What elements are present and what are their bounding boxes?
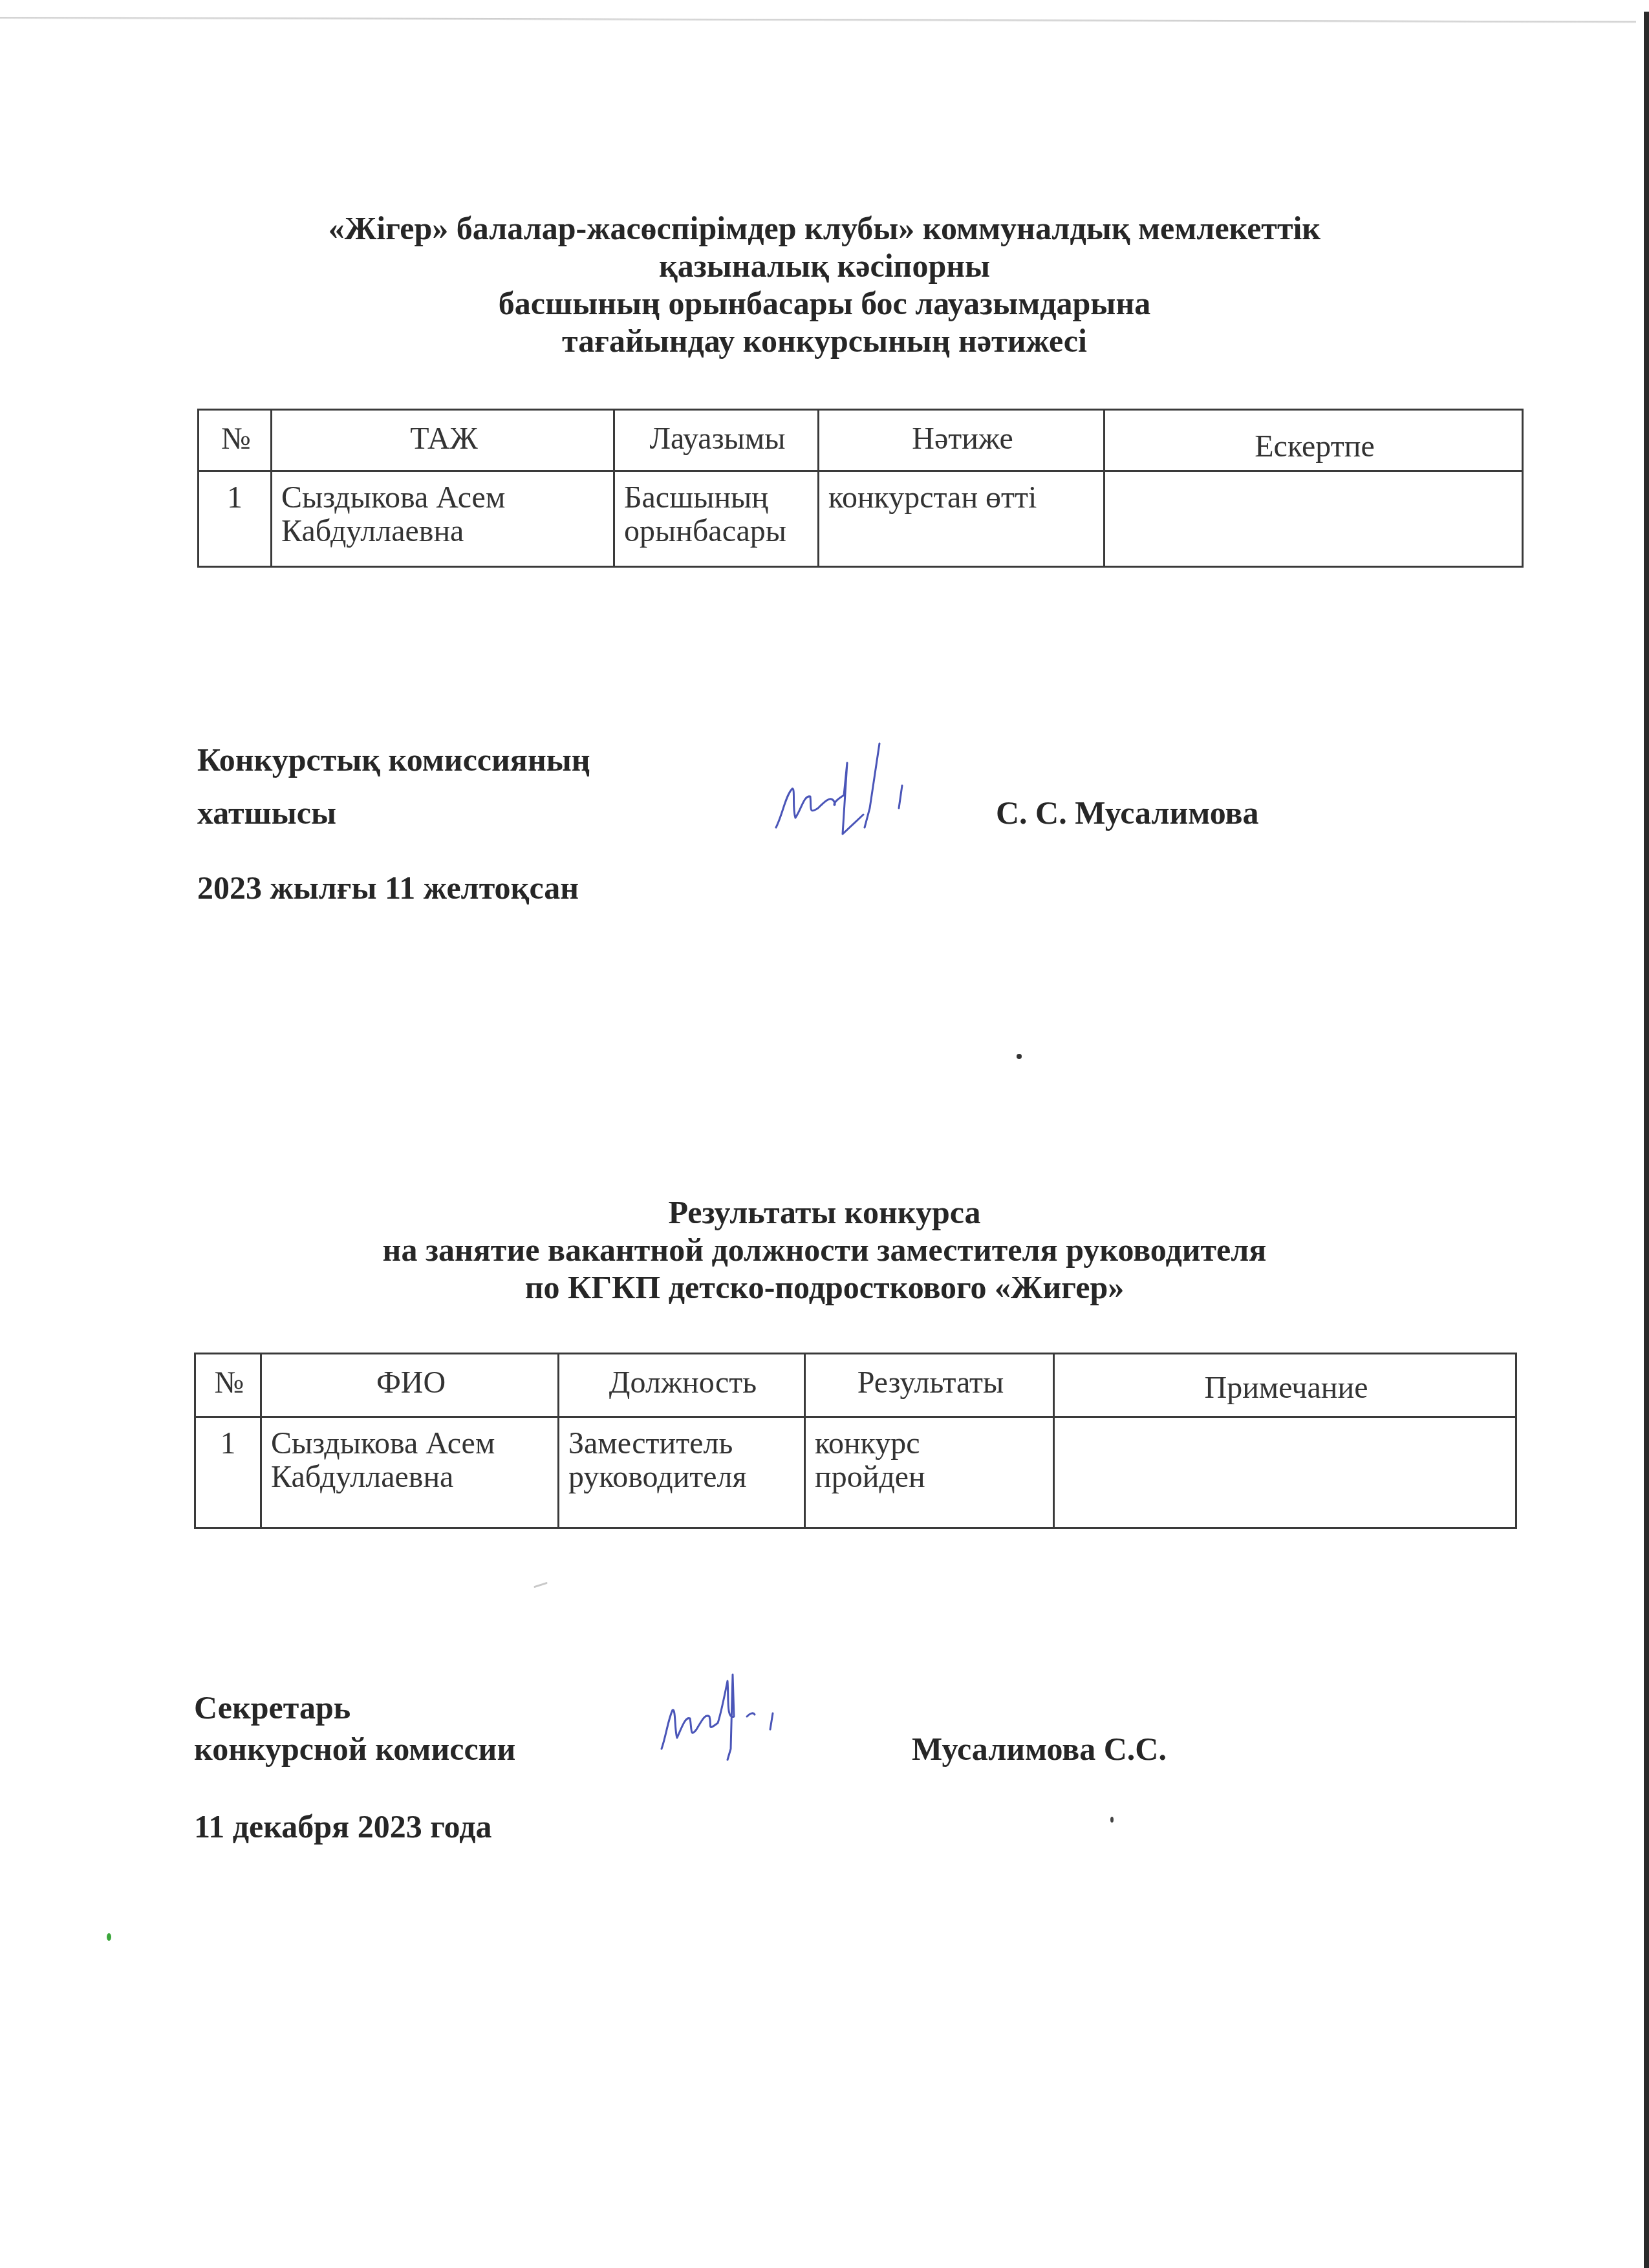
kz-header-result: Нәтиже bbox=[819, 410, 1105, 471]
scan-speck bbox=[107, 1933, 111, 1941]
ru-signing-date: 11 декабря 2023 года bbox=[194, 1810, 491, 1843]
kz-title-line-2: қазыналық кәсіпорны bbox=[0, 250, 1649, 282]
scan-top-edge bbox=[0, 17, 1636, 23]
ru-signatory-role-line-2: конкурсной комиссии bbox=[194, 1733, 515, 1765]
kz-title-line-1: «Жігер» балалар-жасөспірімдер клубы» ком… bbox=[0, 212, 1649, 244]
kz-row-position-line-2: орынбасары bbox=[624, 515, 811, 548]
kz-signature-icon bbox=[773, 737, 915, 847]
kz-title-line-4: тағайындау конкурсының нәтижесі bbox=[0, 325, 1649, 357]
kz-row-note bbox=[1105, 471, 1523, 567]
ru-row-num: 1 bbox=[195, 1417, 261, 1528]
ru-header-result: Результаты bbox=[805, 1354, 1054, 1417]
ru-header-name: ФИО bbox=[261, 1354, 559, 1417]
kz-row-name-line-2: Кабдуллаевна bbox=[281, 515, 607, 548]
kz-signatory-role-line-2: хатшысы bbox=[197, 797, 336, 829]
table-row: 1 Сыздыкова Асем Кабдуллаевна Басшының о… bbox=[199, 471, 1523, 567]
ru-signatory-role-line-1: Секретарь bbox=[194, 1691, 350, 1724]
ru-row-position: Заместитель руководителя bbox=[559, 1417, 805, 1528]
ru-row-result-line-2: пройден bbox=[815, 1460, 1046, 1494]
ru-header-position: Должность bbox=[559, 1354, 805, 1417]
ru-row-note bbox=[1054, 1417, 1516, 1528]
ru-results-table: № ФИО Должность Результаты Примечание 1 … bbox=[194, 1353, 1517, 1529]
ru-title-line-2: на занятие вакантной должности заместите… bbox=[0, 1234, 1649, 1266]
ru-title-line-3: по КГКП детско-подросткового «Жигер» bbox=[0, 1271, 1649, 1303]
kz-title-line-3: басшының орынбасары бос лауазымдарына bbox=[0, 287, 1649, 319]
ru-table-header-row: № ФИО Должность Результаты Примечание bbox=[195, 1354, 1516, 1417]
ru-row-name-line-1: Сыздыкова Асем bbox=[271, 1427, 551, 1460]
kz-header-name: ТАЖ bbox=[272, 410, 614, 471]
ru-row-name: Сыздыкова Асем Кабдуллаевна bbox=[261, 1417, 559, 1528]
ru-header-note: Примечание bbox=[1054, 1354, 1516, 1417]
ru-row-result: конкурс пройден bbox=[805, 1417, 1054, 1528]
scan-speck bbox=[533, 1582, 548, 1589]
kz-header-num: № bbox=[199, 410, 272, 471]
kz-row-name: Сыздыкова Асем Кабдуллаевна bbox=[272, 471, 614, 567]
ru-signatory-name: Мусалимова С.С. bbox=[912, 1733, 1167, 1765]
ru-header-num: № bbox=[195, 1354, 261, 1417]
kz-row-num: 1 bbox=[199, 471, 272, 567]
kz-header-position: Лауазымы bbox=[614, 410, 819, 471]
ru-row-position-line-2: руководителя bbox=[568, 1460, 797, 1494]
kz-signing-date: 2023 жылғы 11 желтоқсан bbox=[197, 872, 579, 904]
kz-results-table: № ТАЖ Лауазымы Нәтиже Ескертпе 1 Сыздыко… bbox=[197, 409, 1524, 568]
kz-row-position-line-1: Басшының bbox=[624, 481, 811, 515]
ru-title-line-1: Результаты конкурса bbox=[0, 1196, 1649, 1228]
ru-row-name-line-2: Кабдуллаевна bbox=[271, 1460, 551, 1494]
kz-table-header-row: № ТАЖ Лауазымы Нәтиже Ескертпе bbox=[199, 410, 1523, 471]
kz-signatory-name: С. С. Мусалимова bbox=[996, 797, 1258, 829]
ru-signature-icon bbox=[656, 1662, 799, 1771]
kz-signatory-role-line-1: Конкурстық комиссияның bbox=[197, 744, 590, 776]
kz-row-name-line-1: Сыздыкова Асем bbox=[281, 481, 607, 515]
kz-row-position: Басшының орынбасары bbox=[614, 471, 819, 567]
kz-header-note: Ескертпе bbox=[1105, 410, 1523, 471]
table-row: 1 Сыздыкова Асем Кабдуллаевна Заместител… bbox=[195, 1417, 1516, 1528]
scan-speck bbox=[1110, 1817, 1114, 1823]
kz-row-result: конкурстан өтті bbox=[819, 471, 1105, 567]
ru-row-position-line-1: Заместитель bbox=[568, 1427, 797, 1460]
scan-speck bbox=[1017, 1054, 1022, 1059]
ru-row-result-line-1: конкурс bbox=[815, 1427, 1046, 1460]
